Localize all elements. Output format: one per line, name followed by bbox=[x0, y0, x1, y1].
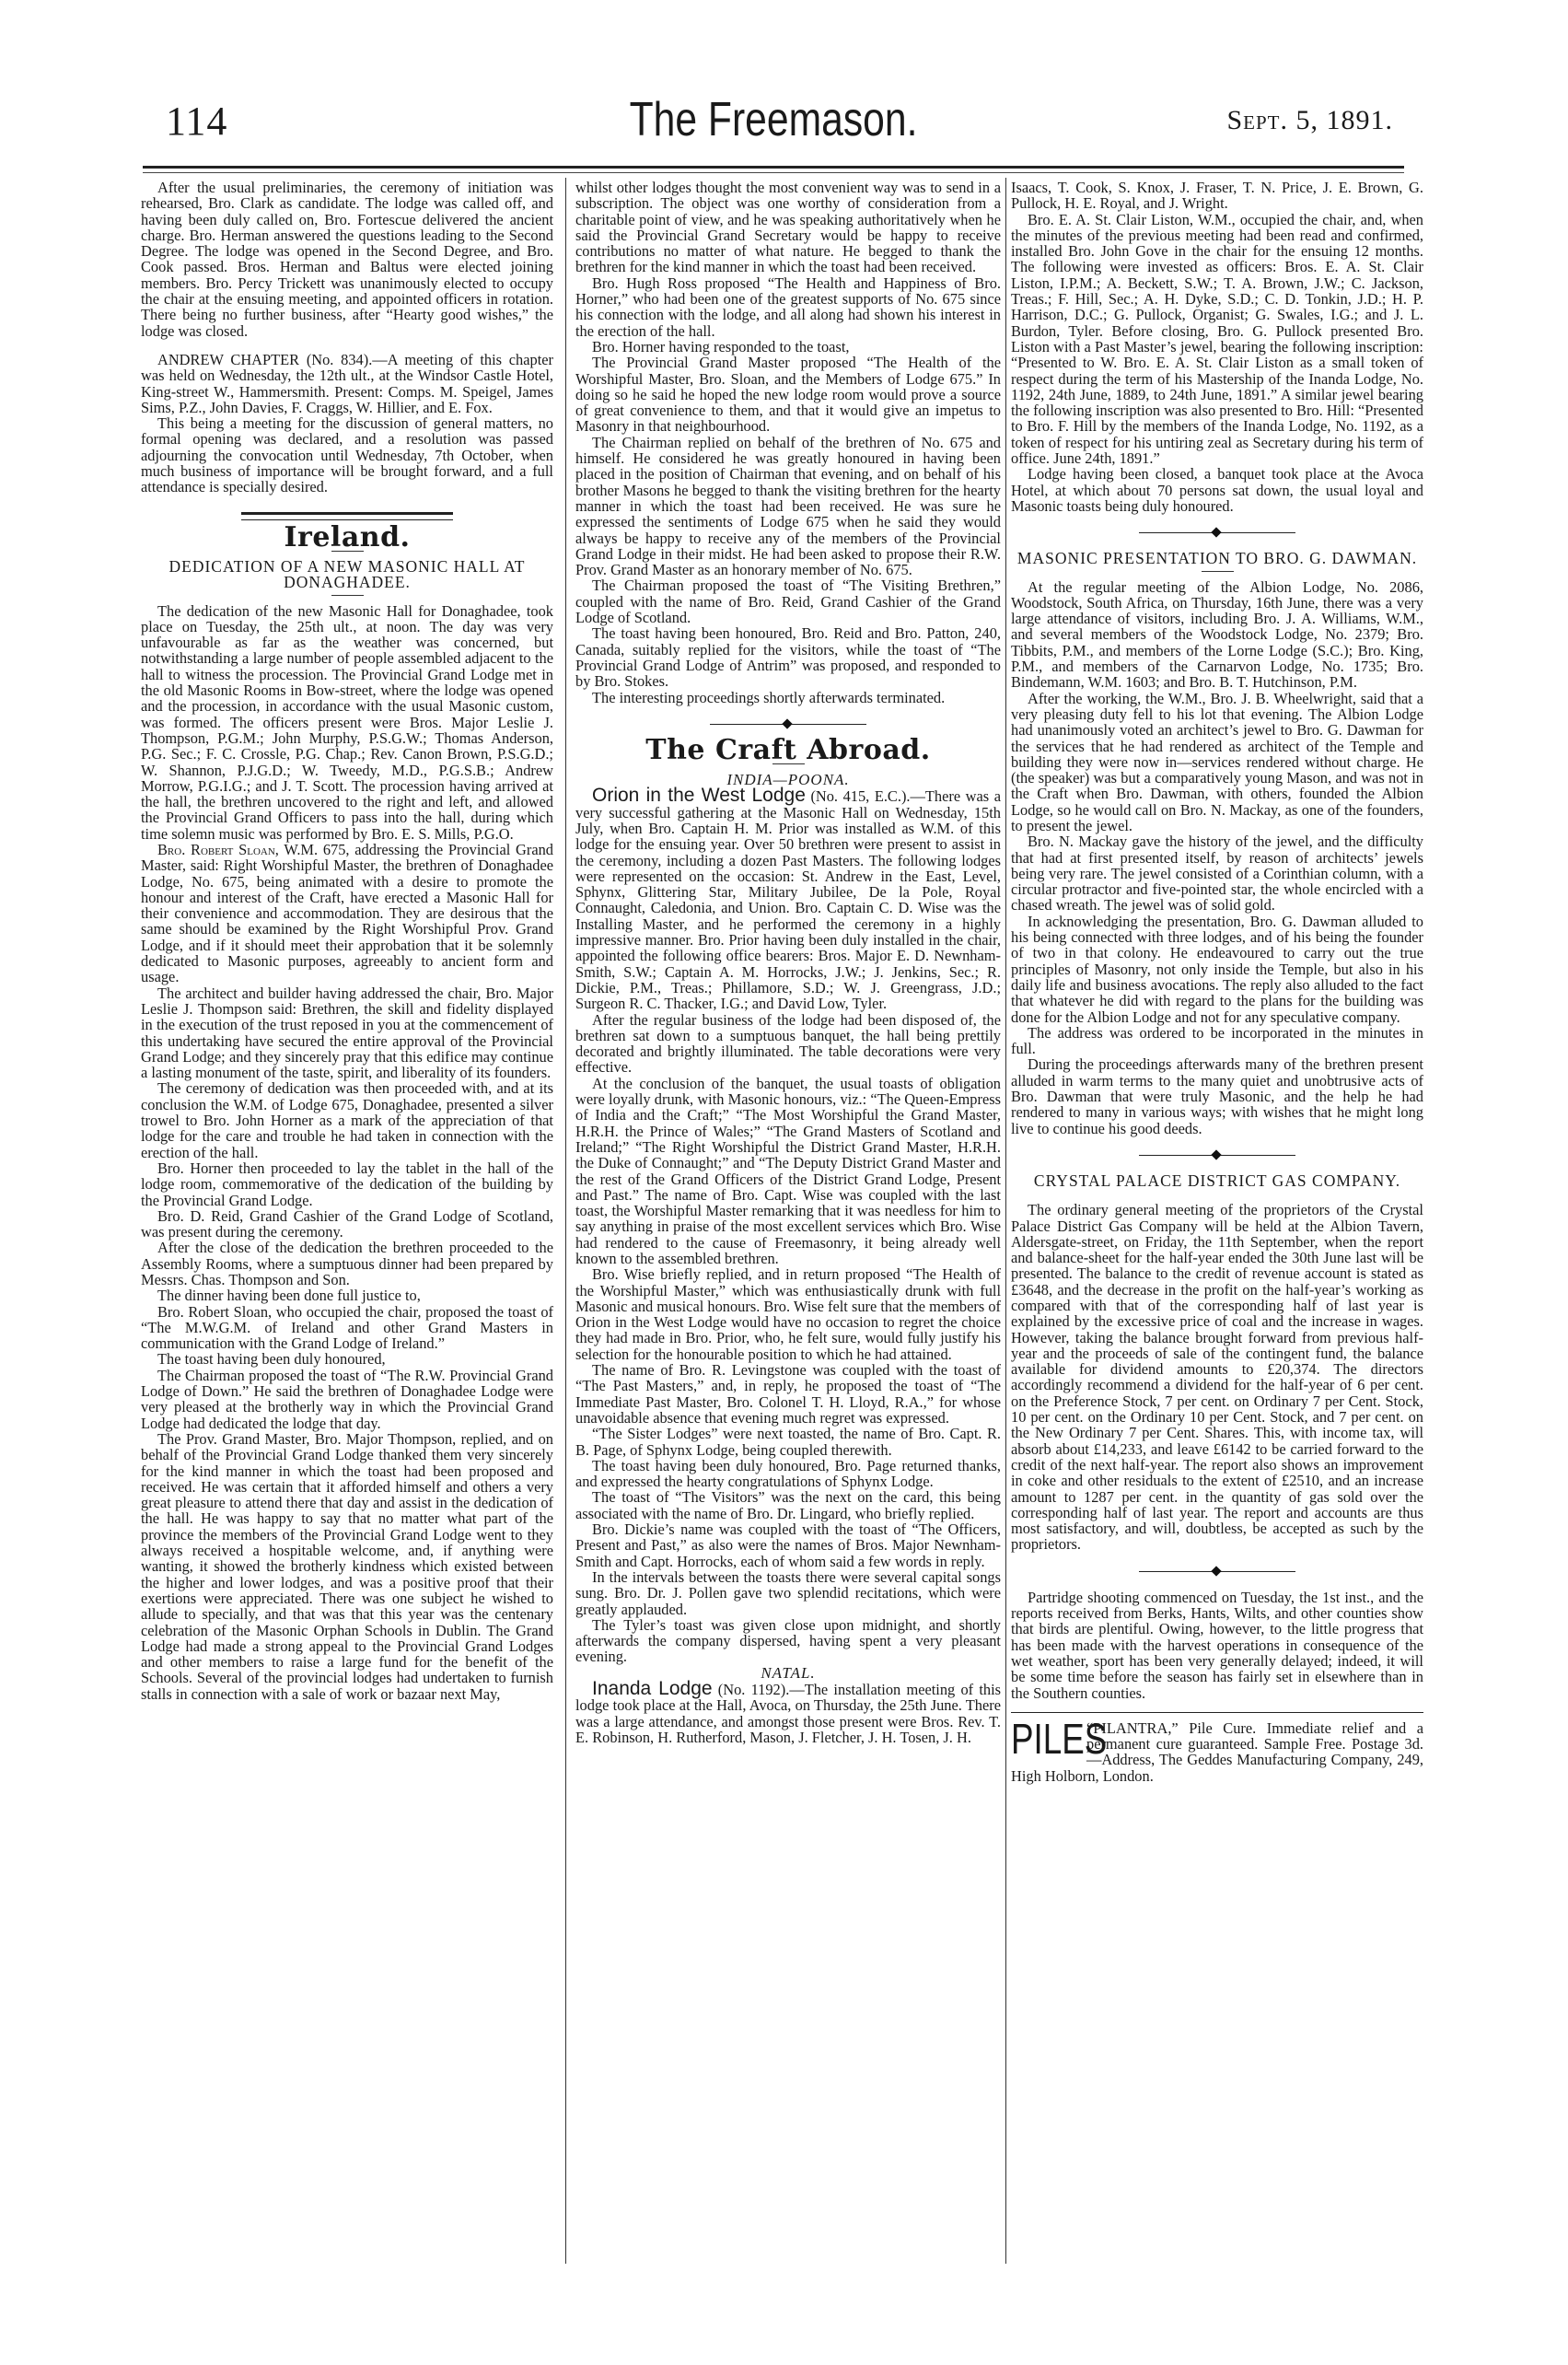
paragraph: “The Sister Lodges” were next toasted, t… bbox=[575, 1426, 1001, 1458]
advertisement: PILES “PILANTRA,” Pile Cure. Immediate r… bbox=[1011, 1720, 1423, 1784]
paragraph: At the regular meeting of the Albion Lod… bbox=[1011, 579, 1423, 691]
paragraph: The toast having been duly honoured, bbox=[141, 1351, 553, 1367]
newspaper-title: The Freemason. bbox=[256, 92, 1290, 147]
column-left: After the usual preliminaries, the cerem… bbox=[141, 180, 553, 1702]
paragraph: Bro. Robert Sloan, W.M. 675, addressing … bbox=[141, 842, 553, 985]
paragraph: The address was ordered to be incorporat… bbox=[1011, 1025, 1423, 1057]
section-divider bbox=[241, 512, 453, 520]
paragraph-text: W.M. 675, addressing the Provincial Gran… bbox=[141, 841, 553, 985]
issue-date: Sept. 5, 1891. bbox=[1226, 105, 1393, 136]
paragraph: Inanda Lodge (No. 1192).—The installatio… bbox=[575, 1681, 1001, 1745]
paragraph: The interesting proceedings shortly afte… bbox=[575, 690, 1001, 705]
paragraph: The dinner having been done full justice… bbox=[141, 1287, 553, 1303]
paragraph: In the intervals between the toasts ther… bbox=[575, 1569, 1001, 1617]
paragraph: The Provincial Grand Master proposed “Th… bbox=[575, 355, 1001, 434]
paragraph-text: There was a very successful gathering at… bbox=[575, 787, 1001, 1012]
paragraph: Orion in the West Lodge (No. 415, E.C.).… bbox=[575, 787, 1001, 1011]
paragraph: Bro. Wise briefly replied, and in return… bbox=[575, 1266, 1001, 1362]
column-middle: whilst other lodges thought the most con… bbox=[575, 180, 1001, 1745]
paragraph: The Tyler’s toast was given close upon m… bbox=[575, 1617, 1001, 1665]
paragraph: The toast of “The Visitors” was the next… bbox=[575, 1489, 1001, 1521]
paragraph: The Chairman proposed the toast of “The … bbox=[141, 1368, 553, 1431]
paragraph: After the usual preliminaries, the cerem… bbox=[141, 180, 553, 339]
paragraph: The Prov. Grand Master, Bro. Major Thomp… bbox=[141, 1431, 553, 1702]
paragraph: The architect and builder having address… bbox=[141, 985, 553, 1081]
column-divider bbox=[565, 178, 566, 2264]
paragraph: At the conclusion of the banquet, the us… bbox=[575, 1076, 1001, 1267]
paragraph: ANDREW CHAPTER (No. 834).—A meeting of t… bbox=[141, 352, 553, 415]
paragraph: Bro. Horner having responded to the toas… bbox=[575, 339, 1001, 355]
article-heading: MASONIC PRESENTATION TO BRO. G. DAWMAN. bbox=[1011, 551, 1423, 566]
paragraph: Partridge shooting commenced on Tuesday,… bbox=[1011, 1590, 1423, 1701]
advert-rule bbox=[1011, 1712, 1423, 1713]
masthead-rule bbox=[143, 166, 1404, 169]
paragraph: This being a meeting for the discussion … bbox=[141, 415, 553, 495]
short-rule bbox=[331, 595, 364, 596]
column-right: Isaacs, T. Cook, S. Knox, J. Fraser, T. … bbox=[1011, 180, 1423, 1784]
lodge-number: (No. 1192).— bbox=[713, 1681, 805, 1698]
diamond-divider bbox=[1139, 529, 1295, 538]
paragraph: The toast having been duly honoured, Bro… bbox=[575, 1458, 1001, 1490]
masthead-rule-thin bbox=[143, 172, 1404, 173]
paragraph: Bro. D. Reid, Grand Cashier of the Grand… bbox=[141, 1208, 553, 1241]
paragraph: After the close of the dedication the br… bbox=[141, 1240, 553, 1287]
lodge-number: (No. 415, E.C.).— bbox=[806, 787, 925, 805]
speaker-name: Bro. Robert Sloan, bbox=[157, 841, 279, 858]
paragraph: The Chairman replied on behalf of the br… bbox=[575, 435, 1001, 578]
diamond-divider bbox=[710, 720, 866, 729]
paragraph: After the working, the W.M., Bro. J. B. … bbox=[1011, 691, 1423, 834]
diamond-divider bbox=[1139, 1151, 1295, 1160]
short-rule bbox=[1202, 571, 1234, 572]
column-divider bbox=[1005, 178, 1006, 2264]
paragraph: Isaacs, T. Cook, S. Knox, J. Fraser, T. … bbox=[1011, 180, 1423, 212]
diamond-divider bbox=[1139, 1567, 1295, 1577]
paragraph: The ceremony of dedication was then proc… bbox=[141, 1080, 553, 1159]
paragraph: whilst other lodges thought the most con… bbox=[575, 180, 1001, 275]
section-title-ireland: Ireland. bbox=[141, 530, 553, 545]
paragraph: The Chairman proposed the toast of “The … bbox=[575, 577, 1001, 625]
paragraph: After the regular business of the lodge … bbox=[575, 1012, 1001, 1076]
paragraph: The ordinary general meeting of the prop… bbox=[1011, 1202, 1423, 1553]
paragraph: The name of Bro. R. Levingstone was coup… bbox=[575, 1362, 1001, 1426]
paragraph: During the proceedings afterwards many o… bbox=[1011, 1056, 1423, 1136]
paragraph: In acknowledging the presentation, Bro. … bbox=[1011, 914, 1423, 1025]
advert-display-word: PILES bbox=[1011, 1720, 1079, 1757]
paragraph: Bro. Dickie’s name was coupled with the … bbox=[575, 1521, 1001, 1569]
paragraph: Bro. Hugh Ross proposed “The Health and … bbox=[575, 275, 1001, 339]
paragraph: Bro. Horner then proceeded to lay the ta… bbox=[141, 1160, 553, 1208]
section-title-craft-abroad: The Craft Abroad. bbox=[575, 742, 1001, 758]
paragraph: Lodge having been closed, a banquet took… bbox=[1011, 466, 1423, 514]
masthead: 114 The Freemason. Sept. 5, 1891. bbox=[143, 92, 1404, 144]
article-heading: CRYSTAL PALACE DISTRICT GAS COMPANY. bbox=[1011, 1173, 1423, 1189]
article-heading: DEDICATION OF A NEW MASONIC HALL AT DONA… bbox=[141, 559, 553, 591]
paragraph: Bro. E. A. St. Clair Liston, W.M., occup… bbox=[1011, 212, 1423, 467]
paragraph: The toast having been honoured, Bro. Rei… bbox=[575, 625, 1001, 689]
paragraph: Bro. N. Mackay gave the history of the j… bbox=[1011, 833, 1423, 913]
page-number: 114 bbox=[166, 98, 227, 145]
paragraph: Bro. Robert Sloan, who occupied the chai… bbox=[141, 1304, 553, 1352]
paragraph: The dedication of the new Masonic Hall f… bbox=[141, 603, 553, 842]
